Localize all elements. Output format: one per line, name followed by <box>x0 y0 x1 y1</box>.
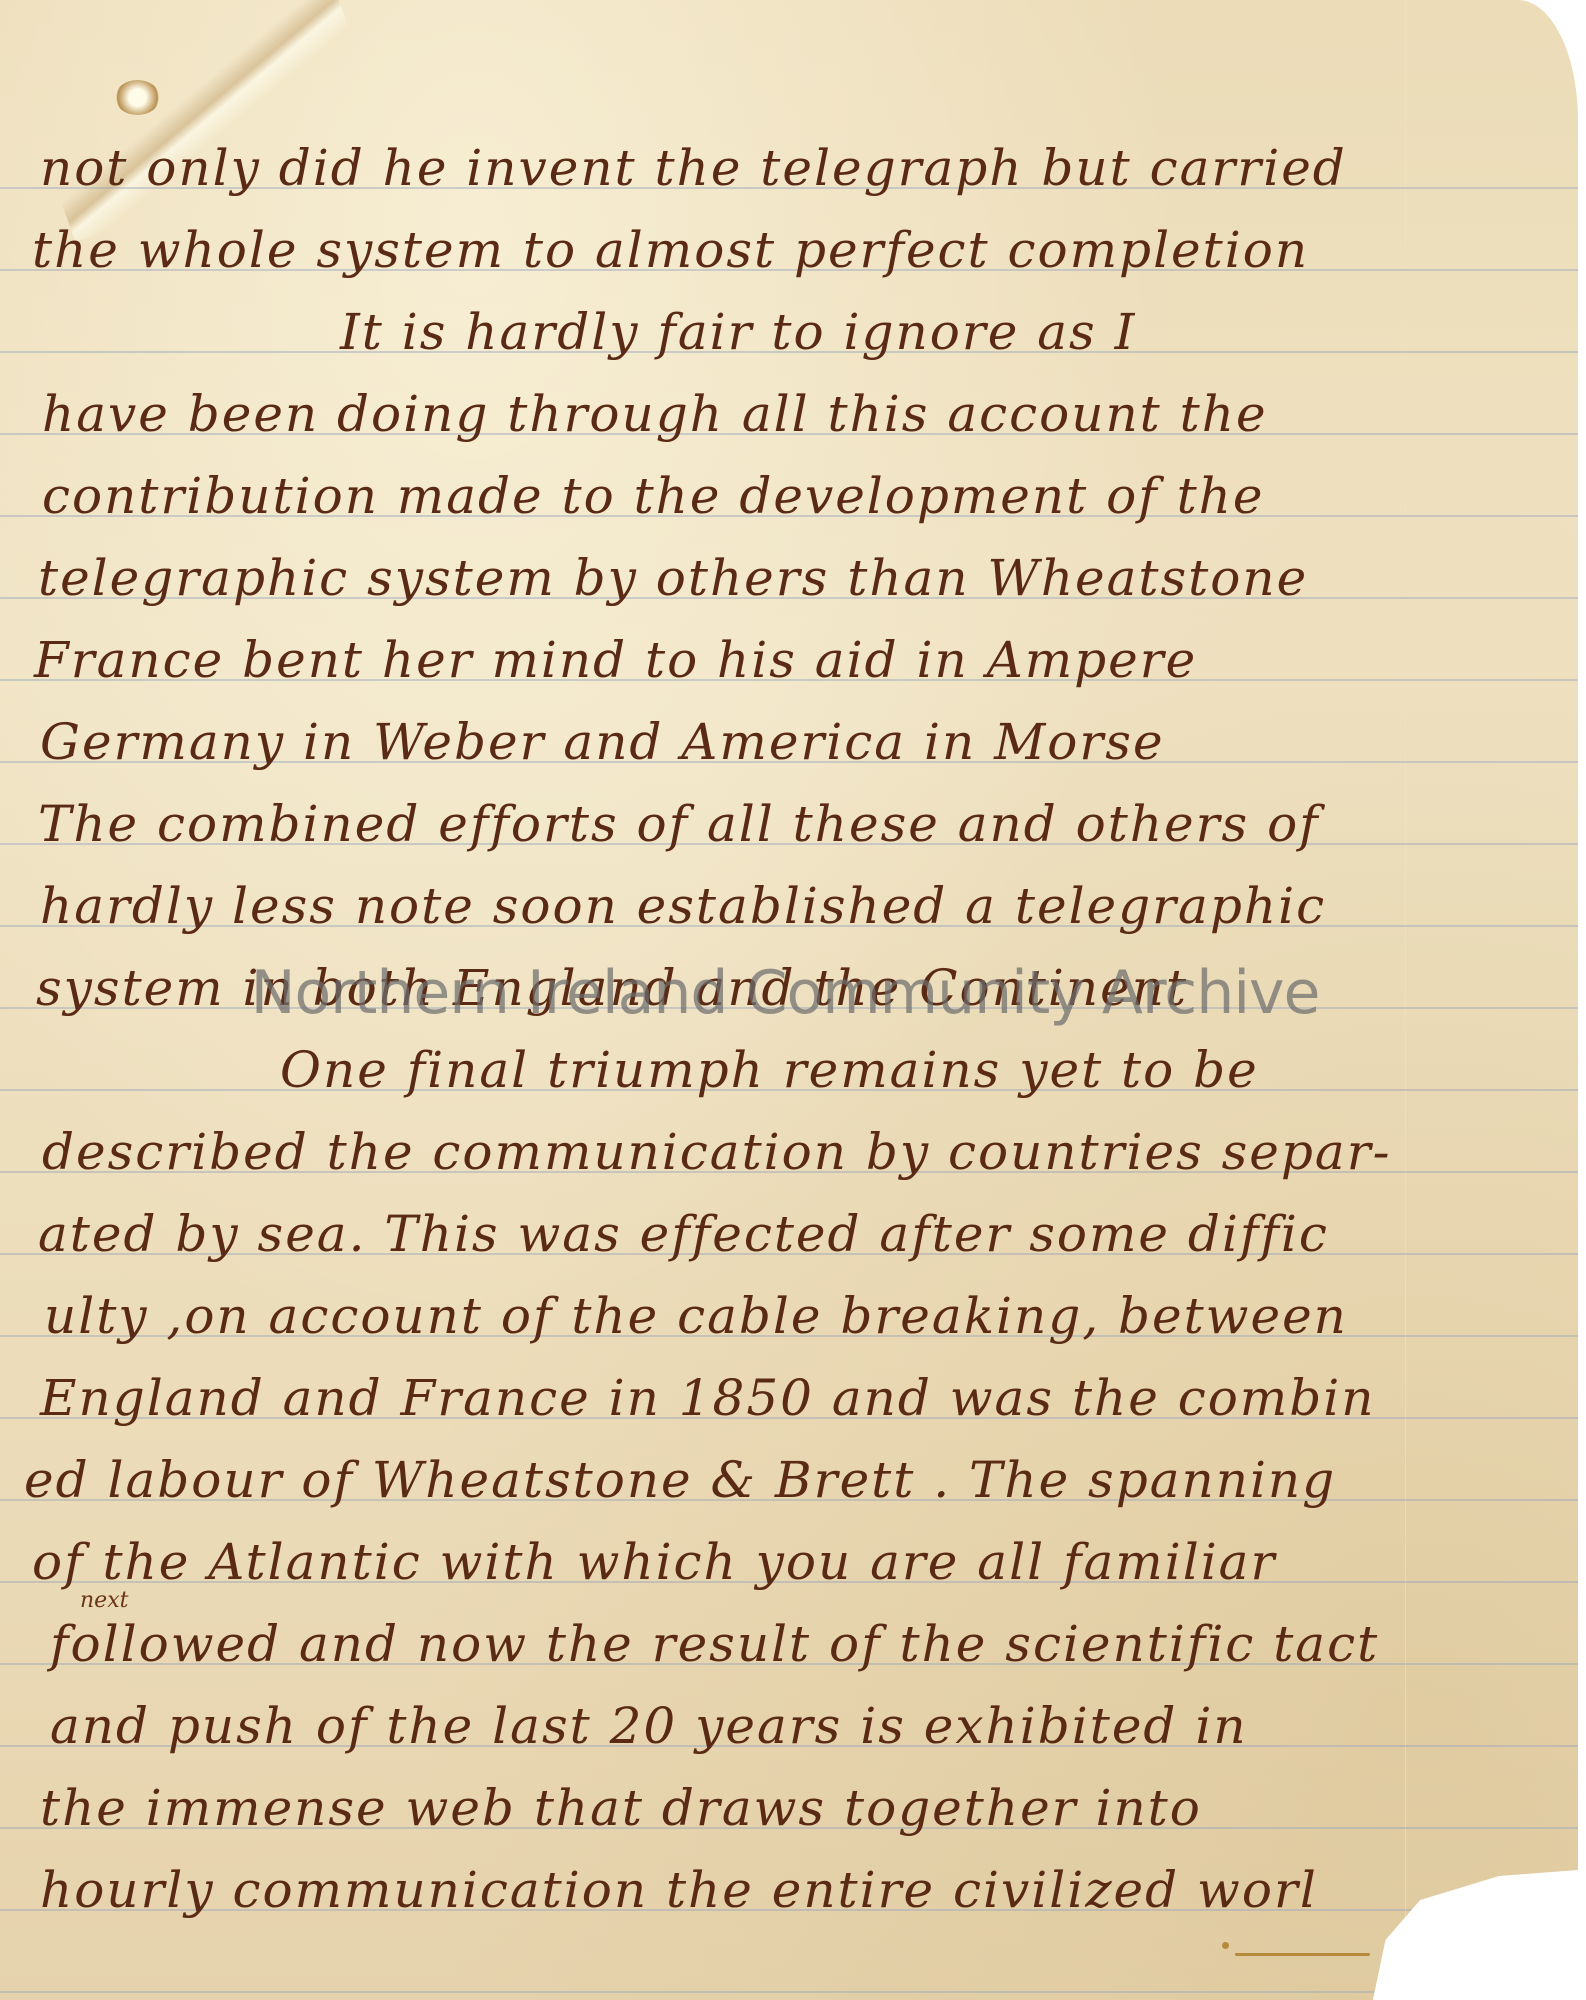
paper-crease <box>24 0 385 242</box>
text-line: England and France in 1850 and was the c… <box>40 1373 1586 1423</box>
text-line: not only did he invent the telegraph but… <box>40 143 1586 193</box>
text-line: of the Atlantic with which you are all f… <box>32 1537 1586 1587</box>
text-line: The combined efforts of all these and ot… <box>38 799 1586 849</box>
ink-dot <box>1222 1942 1229 1949</box>
ink-stroke <box>1235 1953 1370 1956</box>
insertion-word: next <box>80 1588 128 1613</box>
text-line: It is hardly fair to ignore as I <box>340 307 1586 357</box>
text-line: Germany in Weber and America in Morse <box>40 717 1586 767</box>
paper-hole <box>115 80 160 115</box>
watermark: Northern Ireland Community Archive <box>150 958 1420 1028</box>
text-line: have been doing through all this account… <box>42 389 1586 439</box>
text-line: telegraphic system by others than Wheats… <box>38 553 1586 603</box>
text-line: France bent her mind to his aid in Amper… <box>34 635 1586 685</box>
text-line: ed labour of Wheatstone & Brett . The sp… <box>24 1455 1584 1505</box>
text-line: hourly communication the entire civilize… <box>40 1865 1586 1915</box>
text-line: described the communication by countries… <box>42 1127 1586 1177</box>
text-line: followed and now the result of the scien… <box>50 1619 1586 1669</box>
text-line: and push of the last 20 years is exhibit… <box>50 1701 1586 1751</box>
text-line: ated by sea. This was effected after som… <box>38 1209 1586 1259</box>
ruled-line <box>0 1991 1578 1993</box>
text-line: ulty ,on account of the cable breaking, … <box>44 1291 1586 1341</box>
text-line: contribution made to the development of … <box>42 471 1586 521</box>
text-line: hardly less note soon established a tele… <box>40 881 1586 931</box>
text-line: One final triumph remains yet to be <box>280 1045 1586 1095</box>
text-line: the immense web that draws together into <box>40 1783 1586 1833</box>
text-line: the whole system to almost perfect compl… <box>32 225 1586 275</box>
